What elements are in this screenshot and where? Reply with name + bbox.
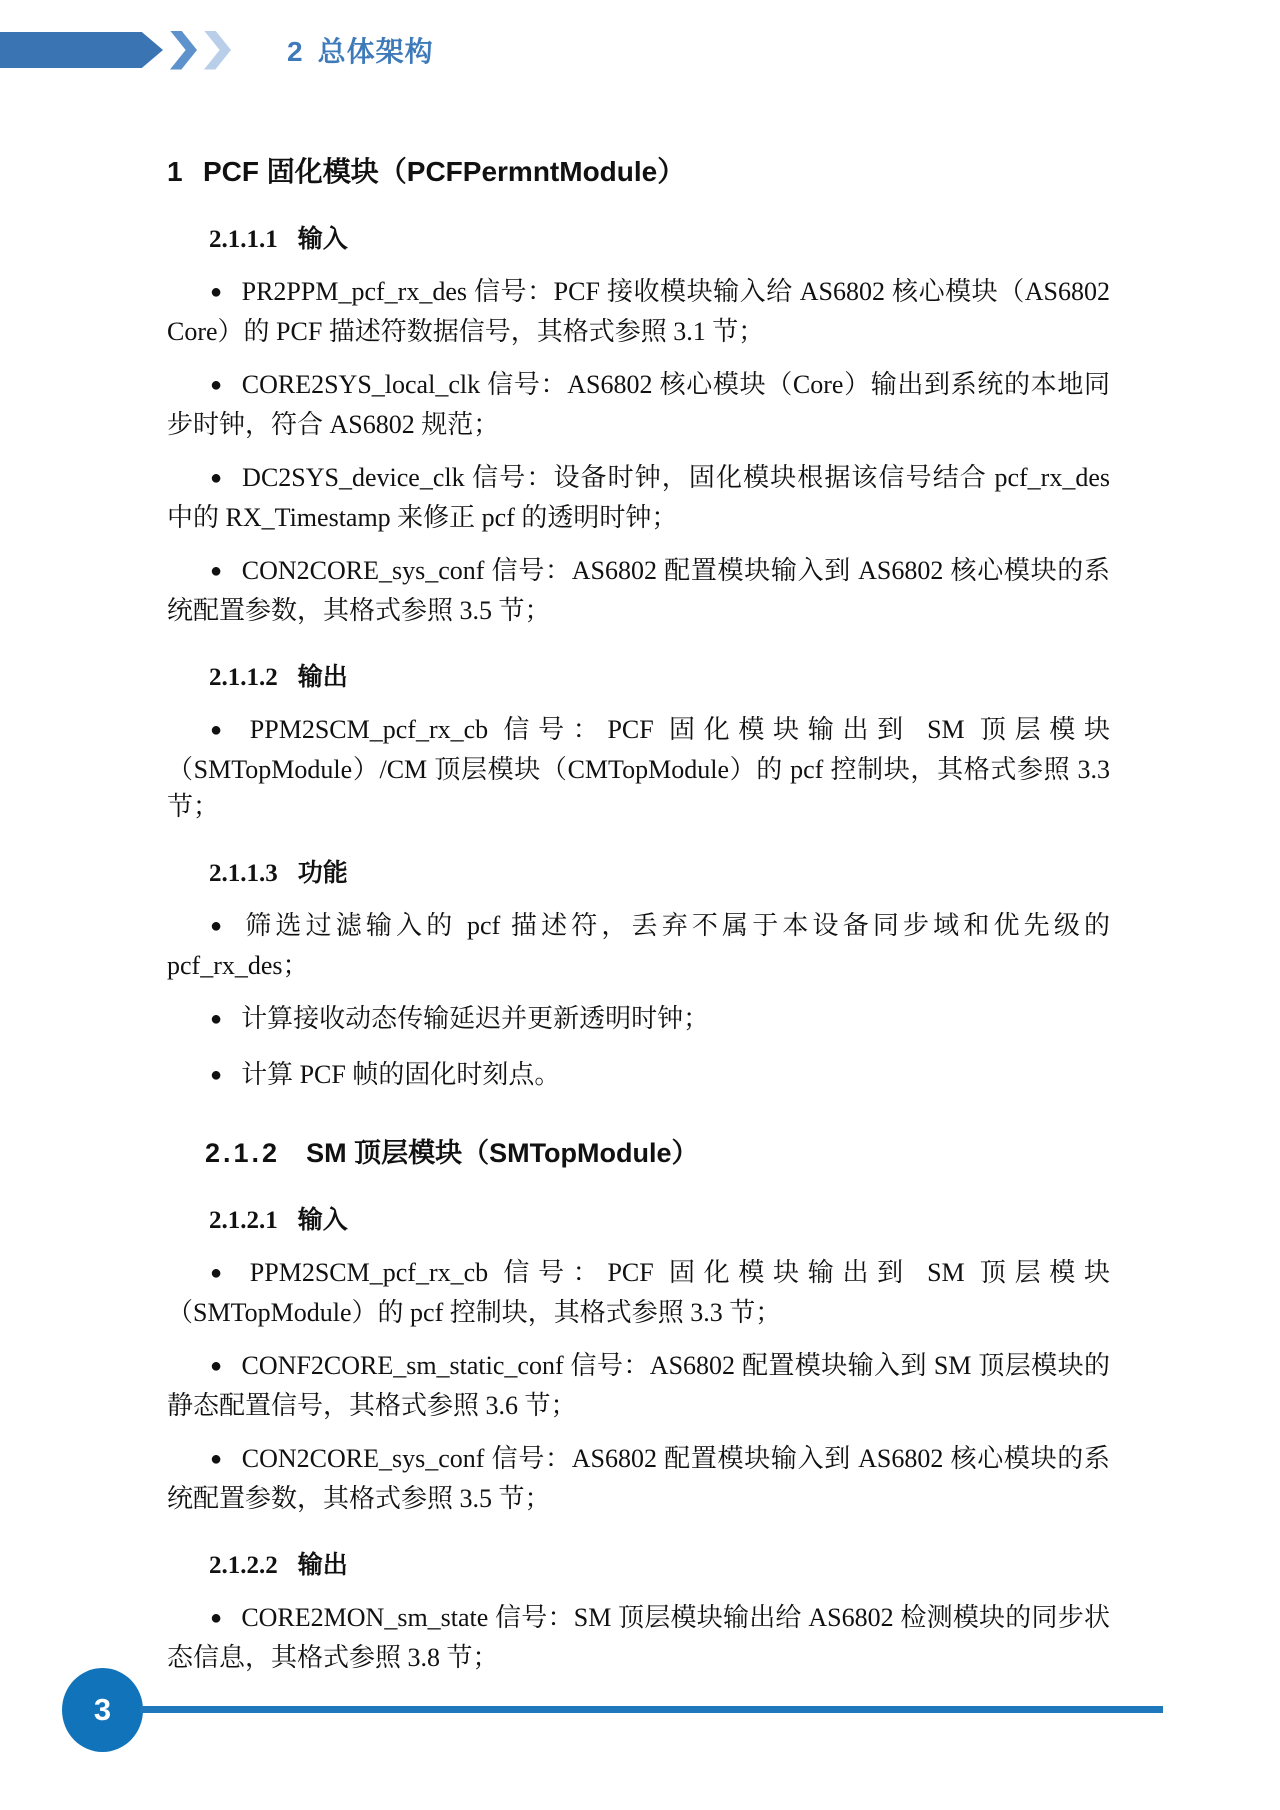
- paragraph-text: CORE2SYS_local_clk 信号：AS6802 核心模块（Core）输…: [167, 370, 1110, 439]
- paragraph-text: PPM2SCM_pcf_rx_cb 信号：PCF 固化模块输出到 SM 顶层模块…: [167, 1258, 1110, 1327]
- bullet-icon: ●: [210, 719, 250, 741]
- bullet-icon: ●: [210, 467, 242, 489]
- chapter-title-text: 总体架构: [318, 30, 434, 70]
- bullet-icon: ●: [210, 1262, 250, 1284]
- bullet-paragraph: ●CON2CORE_sys_conf 信号：AS6802 配置模块输入到 AS6…: [167, 1440, 1110, 1517]
- bullet-icon: ●: [210, 1448, 242, 1470]
- heading-level4: 2.1.2.2输出: [167, 1551, 1110, 1581]
- bullet-paragraph: ●CORE2MON_sm_state 信号：SM 顶层模块输出给 AS6802 …: [167, 1599, 1110, 1676]
- bullet-icon: ●: [210, 1008, 241, 1030]
- chevron-right-icon: [204, 31, 231, 70]
- heading-text: 输出: [298, 1552, 348, 1579]
- paragraph-text: 计算接收动态传输延迟并更新透明时钟；: [241, 1004, 709, 1033]
- heading-number: 2.1.1.2: [209, 664, 278, 691]
- heading-number: 2.1.2.2: [209, 1552, 278, 1579]
- bullet-icon: ●: [210, 374, 242, 396]
- heading-number: 2.1.1.3: [209, 860, 278, 887]
- paragraph-text: PPM2SCM_pcf_rx_cb 信号：PCF 固化模块输出到 SM 顶层模块…: [167, 715, 1110, 821]
- paragraph-text: DC2SYS_device_clk 信号：设备时钟，固化模块根据该信号结合 pc…: [167, 463, 1110, 532]
- heading-level4: 2.1.1.3功能: [167, 859, 1110, 889]
- chevron-right-icon: [170, 31, 197, 70]
- heading-number: 2.1.2: [205, 1138, 280, 1168]
- heading-text: 输入: [298, 1207, 348, 1234]
- paragraph-text: CON2CORE_sys_conf 信号：AS6802 配置模块输入到 AS68…: [167, 1444, 1110, 1513]
- bullet-paragraph: ●DC2SYS_device_clk 信号：设备时钟，固化模块根据该信号结合 p…: [167, 459, 1110, 536]
- bullet-icon: ●: [210, 560, 242, 582]
- bullet-paragraph: ●PPM2SCM_pcf_rx_cb 信号：PCF 固化模块输出到 SM 顶层模…: [167, 1254, 1110, 1331]
- heading-number: 2.1.2.1: [209, 1207, 278, 1234]
- document-body: 1PCF 固化模块（PCFPermntModule） 2.1.1.1输入 ●PR…: [167, 155, 1110, 1692]
- bullet-paragraph: ●计算 PCF 帧的固化时刻点。: [167, 1056, 1110, 1096]
- bullet-paragraph: ●CON2CORE_sys_conf 信号：AS6802 配置模块输入到 AS6…: [167, 552, 1110, 629]
- footer-rule: [140, 1706, 1163, 1713]
- page-number: 3: [94, 1692, 111, 1728]
- heading-level4: 2.1.1.1输入: [167, 225, 1110, 255]
- chapter-number: 2: [287, 36, 304, 68]
- paragraph-text: CORE2MON_sm_state 信号：SM 顶层模块输出给 AS6802 检…: [167, 1603, 1110, 1672]
- heading-level4: 2.1.1.2输出: [167, 663, 1110, 693]
- bullet-paragraph: ●筛选过滤输入的 pcf 描述符，丢弃不属于本设备同步域和优先级的 pcf_rx…: [167, 907, 1110, 984]
- bullet-paragraph: ●CORE2SYS_local_clk 信号：AS6802 核心模块（Core）…: [167, 366, 1110, 443]
- heading-level1: 1PCF 固化模块（PCFPermntModule）: [167, 155, 1110, 189]
- page-header: 2 总体架构: [0, 30, 434, 70]
- heading-text: 功能: [298, 860, 348, 887]
- bullet-paragraph: ●PPM2SCM_pcf_rx_cb 信号：PCF 固化模块输出到 SM 顶层模…: [167, 711, 1110, 825]
- heading-number: 1: [167, 155, 203, 189]
- heading-text: PCF 固化模块（PCFPermntModule）: [203, 156, 685, 187]
- paragraph-text: CONF2CORE_sm_static_conf 信号：AS6802 配置模块输…: [167, 1351, 1110, 1420]
- banner-arrow-bar: [0, 32, 163, 68]
- bullet-icon: ●: [210, 281, 242, 303]
- paragraph-text: 计算 PCF 帧的固化时刻点。: [241, 1060, 560, 1089]
- paragraph-text: PR2PPM_pcf_rx_des 信号：PCF 接收模块输入给 AS6802 …: [167, 277, 1110, 346]
- heading-level4: 2.1.2.1输入: [167, 1206, 1110, 1236]
- bullet-paragraph: ●PR2PPM_pcf_rx_des 信号：PCF 接收模块输入给 AS6802…: [167, 273, 1110, 350]
- heading-text: 输入: [298, 226, 348, 253]
- bullet-icon: ●: [210, 1355, 242, 1377]
- chapter-title: 2 总体架构: [287, 30, 434, 70]
- bullet-icon: ●: [210, 1064, 241, 1086]
- bullet-paragraph: ●CONF2CORE_sm_static_conf 信号：AS6802 配置模块…: [167, 1347, 1110, 1424]
- heading-text: SM 顶层模块（SMTopModule）: [306, 1138, 698, 1168]
- paragraph-text: CON2CORE_sys_conf 信号：AS6802 配置模块输入到 AS68…: [167, 556, 1110, 625]
- bullet-icon: ●: [210, 1607, 241, 1629]
- heading-number: 2.1.1.1: [209, 226, 278, 253]
- paragraph-text: 筛选过滤输入的 pcf 描述符，丢弃不属于本设备同步域和优先级的 pcf_rx_…: [167, 911, 1110, 980]
- bullet-icon: ●: [210, 915, 245, 937]
- heading-level3: 2.1.2SM 顶层模块（SMTopModule）: [167, 1136, 1110, 1170]
- page-number-badge: 3: [62, 1668, 143, 1752]
- heading-text: 输出: [298, 664, 348, 691]
- bullet-paragraph: ●计算接收动态传输延迟并更新透明时钟；: [167, 1000, 1110, 1040]
